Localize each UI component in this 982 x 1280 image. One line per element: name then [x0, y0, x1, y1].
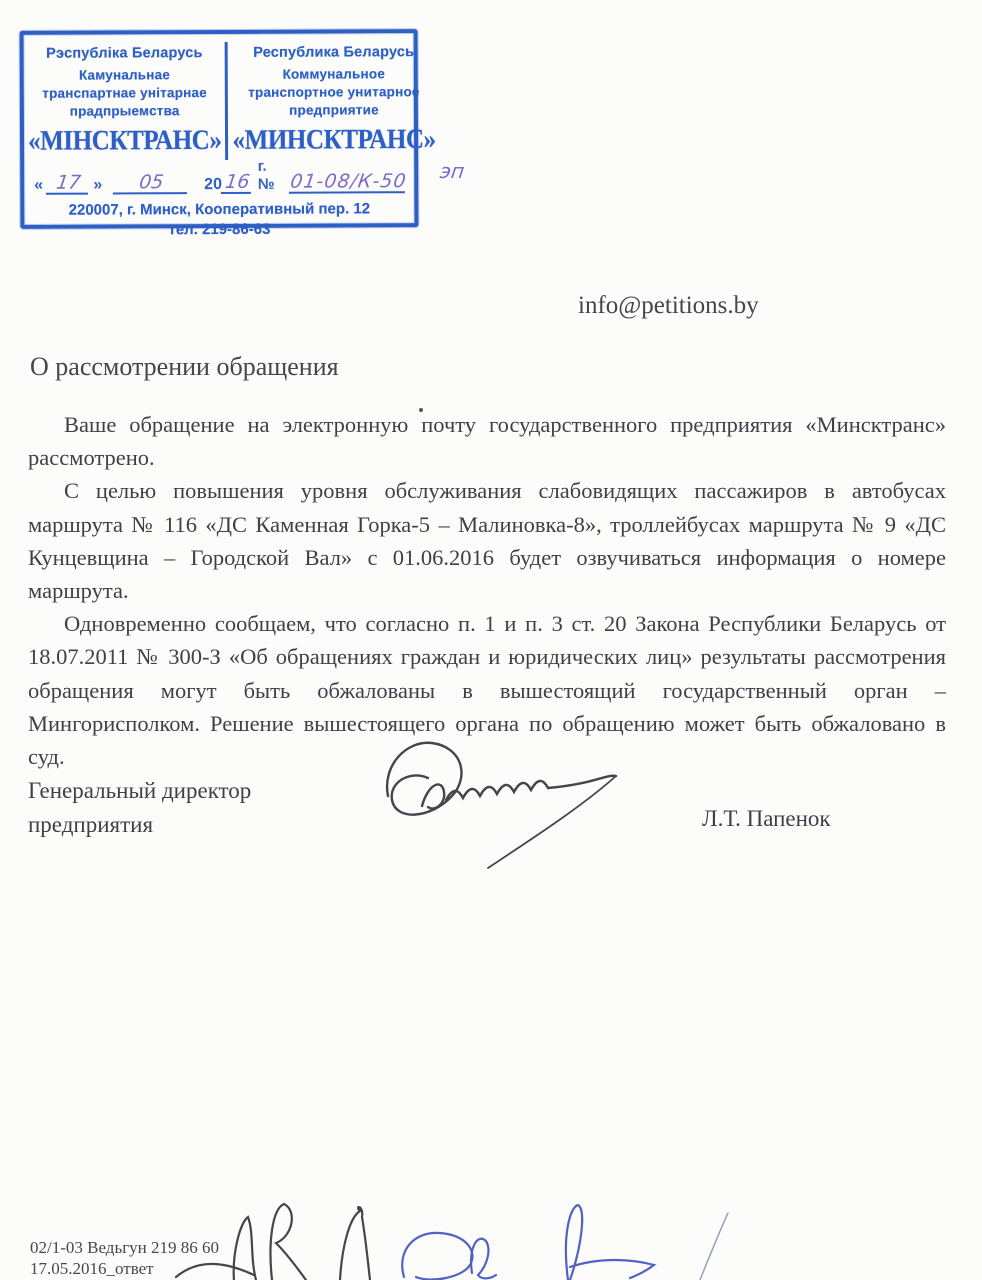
quote-mark: « — [34, 176, 43, 195]
number-label: г. № — [258, 158, 284, 194]
handwritten-day: 17 — [46, 174, 91, 195]
stamp-org-type-be: прадпрыемства — [28, 102, 222, 121]
handwritten-doc-number: 01-08/К-50 — [289, 172, 408, 194]
paragraph-3: Одновременно сообщаем, что согласно п. 1… — [28, 607, 946, 773]
company-name-be: «МІНСКТРАНС» — [28, 125, 222, 157]
stamp-country-be: Рэспубліка Беларусь — [28, 44, 222, 64]
subject-line: О рассмотрении обращения — [30, 352, 339, 382]
executor-reference: 02/1-03 Ведьгун 219 86 60 — [30, 1238, 219, 1258]
letter-body: Ваше обращение на электронную почту госу… — [28, 408, 946, 773]
recipient-email: info@petitions.by — [578, 292, 759, 320]
stamp-country-ru: Республика Беларусь — [232, 43, 435, 63]
stamp-phone: тел. 219-86-63 — [24, 219, 414, 241]
signer-title-line2: предприятия — [28, 812, 153, 838]
stamp-russian-column: Республика Беларусь Коммунальное транспо… — [228, 41, 440, 160]
stamp-org-type-be: Камунальнае — [28, 66, 222, 85]
company-name-ru: «МИНСКТРАНС» — [232, 124, 435, 156]
stamp-org-type-ru: предприятие — [232, 101, 435, 120]
year-prefix: 20 — [204, 175, 222, 194]
scan-speck — [938, 520, 940, 522]
file-note: 17.05.2016_ответ — [30, 1259, 154, 1279]
signer-name: Л.Т. Папенок — [702, 806, 831, 832]
quote-mark: » — [93, 175, 102, 194]
stamp-belarusian-column: Рэспубліка Беларусь Камунальнае транспар… — [24, 42, 229, 161]
stamp-org-type-be: транспартнае унітарнае — [28, 84, 222, 103]
stamp-org-type-ru: транспортное унитарное — [232, 83, 435, 102]
company-stamp: Рэспубліка Беларусь Камунальнае транспар… — [20, 29, 419, 229]
scanned-letter-page: Рэспубліка Беларусь Камунальнае транспар… — [0, 0, 982, 1280]
handwritten-year: 16 — [221, 173, 254, 194]
stamp-address: 220007, г. Минск, Кооперативный пер. 12 — [24, 199, 414, 221]
scan-speck — [419, 408, 423, 412]
handwritten-month: 05 — [113, 173, 190, 194]
paragraph-2: С целью повышения уровня обслуживания сл… — [28, 474, 946, 607]
signer-title-line1: Генеральный директор — [28, 778, 251, 804]
paragraph-1: Ваше обращение на электронную почту госу… — [28, 408, 946, 474]
stamp-org-type-ru: Коммунальное — [232, 65, 435, 84]
bottom-signatures — [170, 1185, 730, 1280]
stamp-outside-note: эп — [439, 161, 466, 181]
stamp-date-row: « 17 » 05 20 16 г. № 01-08/К-50 — [24, 165, 414, 197]
stamp-columns: Рэспубліка Беларусь Камунальнае транспар… — [24, 41, 415, 161]
